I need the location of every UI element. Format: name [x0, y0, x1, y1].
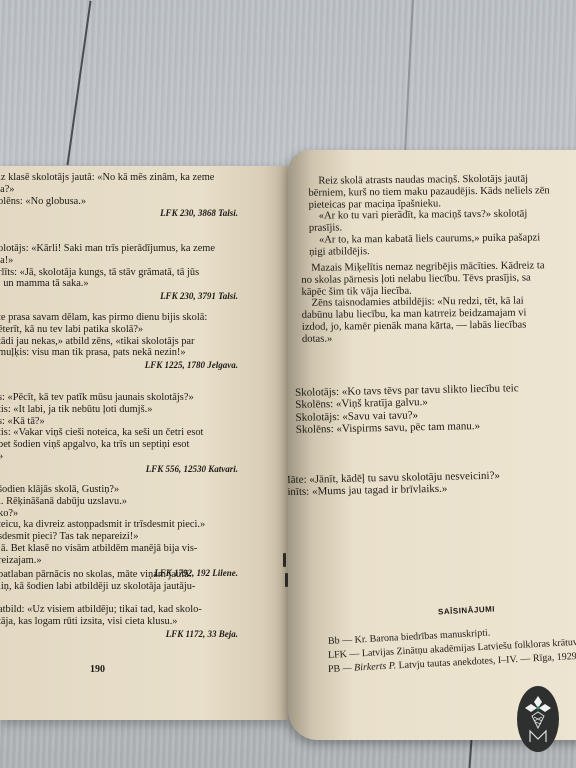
anecdote-line: liņ, kā šodien labi atbildēji uz skolotā… [0, 581, 195, 593]
anecdote-line: i. Rēķināšanā dabūju uzslavu.» [0, 496, 127, 508]
anecdote-line: atbild: «Uz visiem atbildēju; tikai tad,… [0, 604, 202, 616]
abbreviations-heading: SAĪSINĀJUMI [438, 605, 495, 617]
source-citation: LFK 230, 3791 Talsi. [160, 291, 238, 301]
wood-plank-seam [66, 1, 91, 166]
binding-staple [283, 553, 286, 567]
anecdote-line: tāja, kas logam rūti izsita, visi cieta … [0, 616, 178, 628]
anecdote-line: šodien klājās skolā, Gustiņ?» [0, 484, 119, 496]
anecdote-line: rlīts: «Jā, skolotāja kungs, tā stāv grā… [0, 267, 199, 279]
anecdote-line: Jānīts: «Mums jau tagad ir brīvlaiks.» [288, 484, 447, 499]
anecdote-line: sdesmit pieci? Tas tak nepareizi!» [0, 531, 138, 543]
anecdote-line: |a!» [0, 255, 13, 267]
watermark-badge [517, 686, 559, 752]
anecdote-line: tādi jau nekas,» atbild zēns, «tikai sko… [0, 336, 195, 348]
anecdote-line: , un mamma tā saka.» [0, 278, 89, 290]
abbreviation-author: — Birkerts P. [342, 660, 398, 674]
right-page: Reiz skolā atrasts naudas maciņš. Skolot… [288, 150, 576, 740]
source-citation: LFK 556, 12530 Katvari. [146, 464, 238, 474]
abbreviation-code: PB [328, 663, 343, 675]
binding-staple [285, 573, 288, 587]
anecdote-line: prasījis. [309, 223, 342, 235]
anecdote-line: dotas.» [302, 333, 332, 345]
anecdote-line: s: «Pēcīt, kā tev patīk mūsu jaunais sko… [0, 392, 194, 404]
anecdote-line: ēterīt, kā nu tev labi patika skolā?» [0, 324, 143, 336]
anecdote-line: iz klasē skolotājs jautā: «No kā mēs zin… [0, 172, 214, 184]
anecdote-line: ņigi atbildējis. [309, 246, 370, 258]
anecdote-line: olēns: «No globusa.» [0, 196, 86, 208]
left-page: iz klasē skolotājs jautā: «No kā mēs zin… [0, 166, 288, 720]
wood-plank-seam [404, 0, 414, 150]
anecdote-line: no skolas pārnesis ļoti nelabu liecību. … [301, 272, 530, 286]
source-citation: LFK 1225, 1780 Jelgava. [145, 360, 238, 370]
anecdote-line: tis: «Vakar viņš cieši noteica, ka seši … [0, 427, 203, 439]
anecdote-line: muļķis: visu man tik prasa, pats nekā ne… [0, 347, 186, 359]
anecdote-line: ko?» [0, 508, 18, 520]
folk-ornament-logo-icon [517, 686, 559, 752]
source-citation: LFK 230, 3868 Talsi. [160, 208, 238, 218]
anecdote-line: olotājs: «Kārli! Saki man trīs pierādīju… [0, 243, 215, 255]
anecdote-line: » [0, 451, 3, 463]
anecdote-line: «Ar to, ka man kabatā liels caurums,» pu… [319, 232, 540, 246]
anecdote-line: jā. Bet klasē no visām atbildēm manējā b… [0, 543, 197, 555]
anecdote-line: «Ar ko tu vari pierādīt, ka maciņš tavs?… [319, 209, 528, 223]
abbreviation-code: Bb [328, 635, 343, 647]
abbreviation-code: LFK [328, 649, 350, 661]
anecdote-line: te prasa savam dēlam, kas pirmo dienu bi… [0, 312, 207, 324]
source-citation: LFK 1172, 33 Beja. [166, 629, 238, 639]
anecdote-line: izdod, jo, kamēr pienāk mana kārta, — la… [302, 320, 527, 334]
anecdote-line: |a?» [0, 184, 15, 196]
anecdote-line: bet šodien viņš apgalvo, ka trīs un sept… [0, 439, 189, 451]
anecdote-line: s: «Kā tā?» [0, 416, 45, 428]
anecdote-line: tis: «It labi, ja tik nebūtu ļoti dumjš.… [0, 404, 152, 416]
page-number: 190 [90, 664, 105, 675]
anecdote-line: patlaban pārnācis no skolas, māte viņam … [0, 569, 192, 581]
anecdote-line: Skolēns: «Vispirms savu, pēc tam manu.» [296, 421, 480, 437]
anecdote-line: teicu, ka divreiz astoņpadsmit ir trīsde… [0, 519, 205, 531]
anecdote-line: reizajam.» [0, 555, 42, 567]
